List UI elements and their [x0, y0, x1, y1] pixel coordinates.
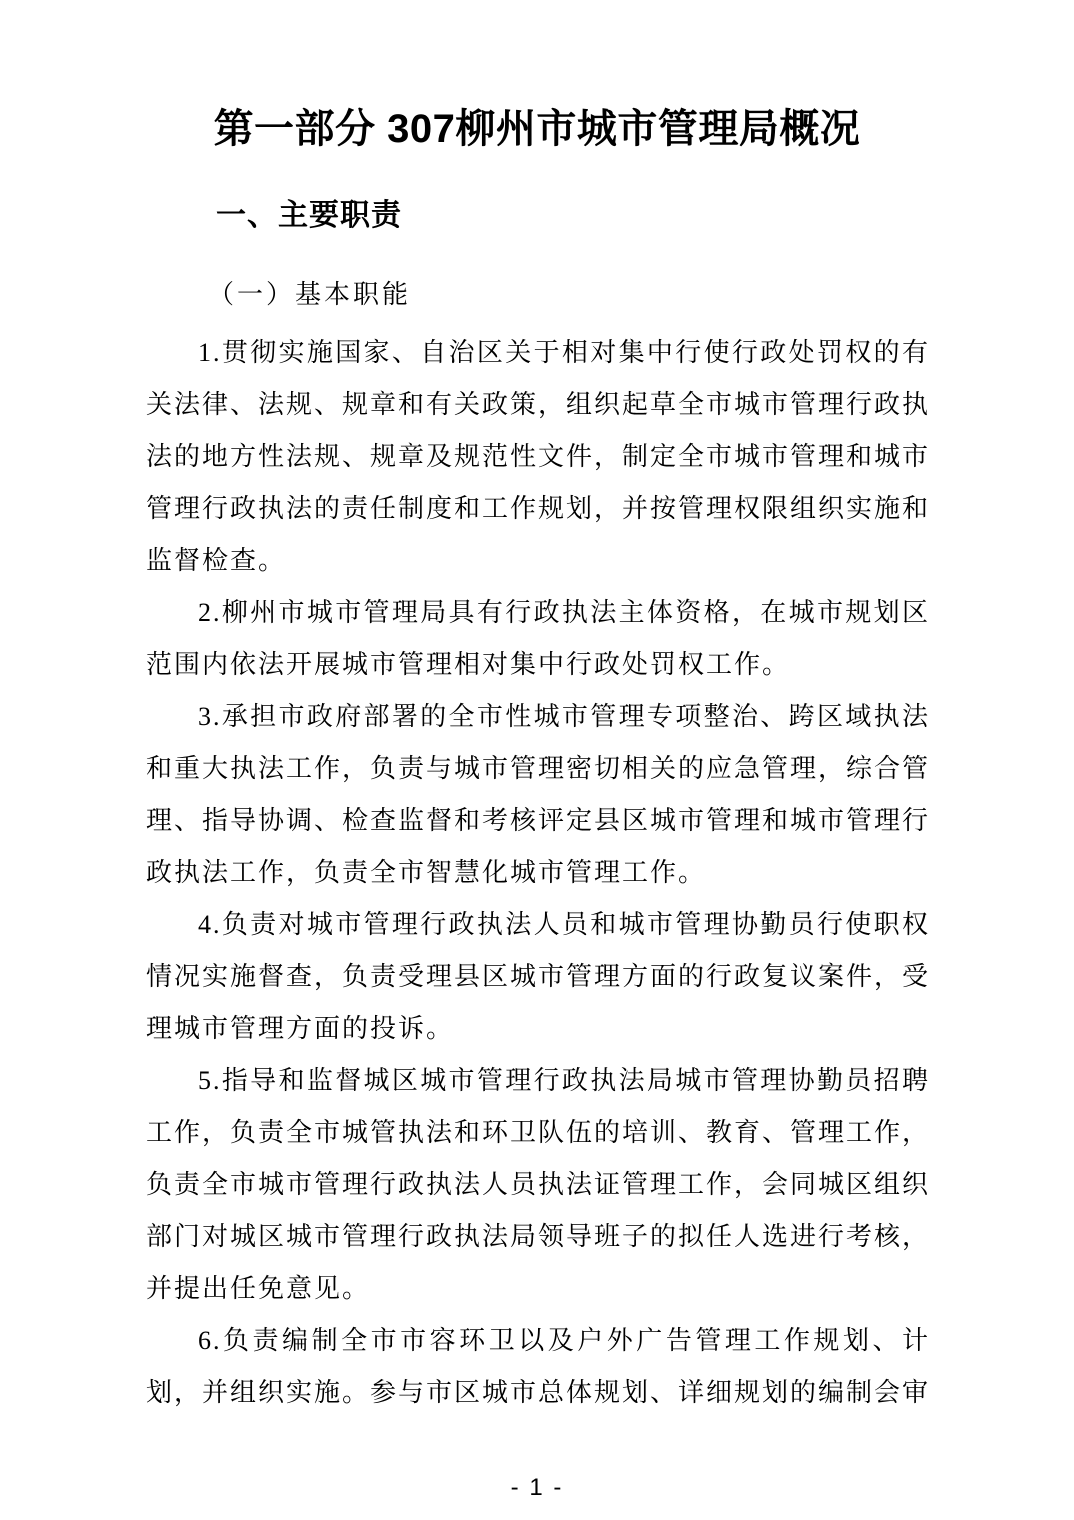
paragraph: 3.承担市政府部署的全市性城市管理专项整治、跨区域执法和重大执法工作，负责与城市… [146, 691, 930, 899]
paragraph: 2.柳州市城市管理局具有行政执法主体资格，在城市规划区范围内依法开展城市管理相对… [146, 587, 930, 691]
page-number: - 1 - [0, 1474, 1074, 1502]
paragraph: 1.贯彻实施国家、自治区关于相对集中行使行政处罚权的有关法律、法规、规章和有关政… [146, 327, 930, 587]
body-text: 1.贯彻实施国家、自治区关于相对集中行使行政处罚权的有关法律、法规、规章和有关政… [146, 327, 930, 1419]
subsection-heading: （一）基本职能 [146, 278, 1074, 312]
paragraph: 6.负责编制全市市容环卫以及户外广告管理工作规划、计划，并组织实施。参与市区城市… [146, 1315, 930, 1419]
paragraph: 4.负责对城市管理行政执法人员和城市管理协勤员行使职权情况实施督查，负责受理县区… [146, 899, 930, 1055]
section-heading: 一、主要职责 [146, 198, 1074, 234]
document-page: 第一部分 307柳州市城市管理局概况 一、主要职责 （一）基本职能 1.贯彻实施… [0, 0, 1074, 1520]
paragraph: 5.指导和监督城区城市管理行政执法局城市管理协勤员招聘工作，负责全市城管执法和环… [146, 1055, 930, 1315]
page-title: 第一部分 307柳州市城市管理局概况 [0, 104, 1074, 154]
